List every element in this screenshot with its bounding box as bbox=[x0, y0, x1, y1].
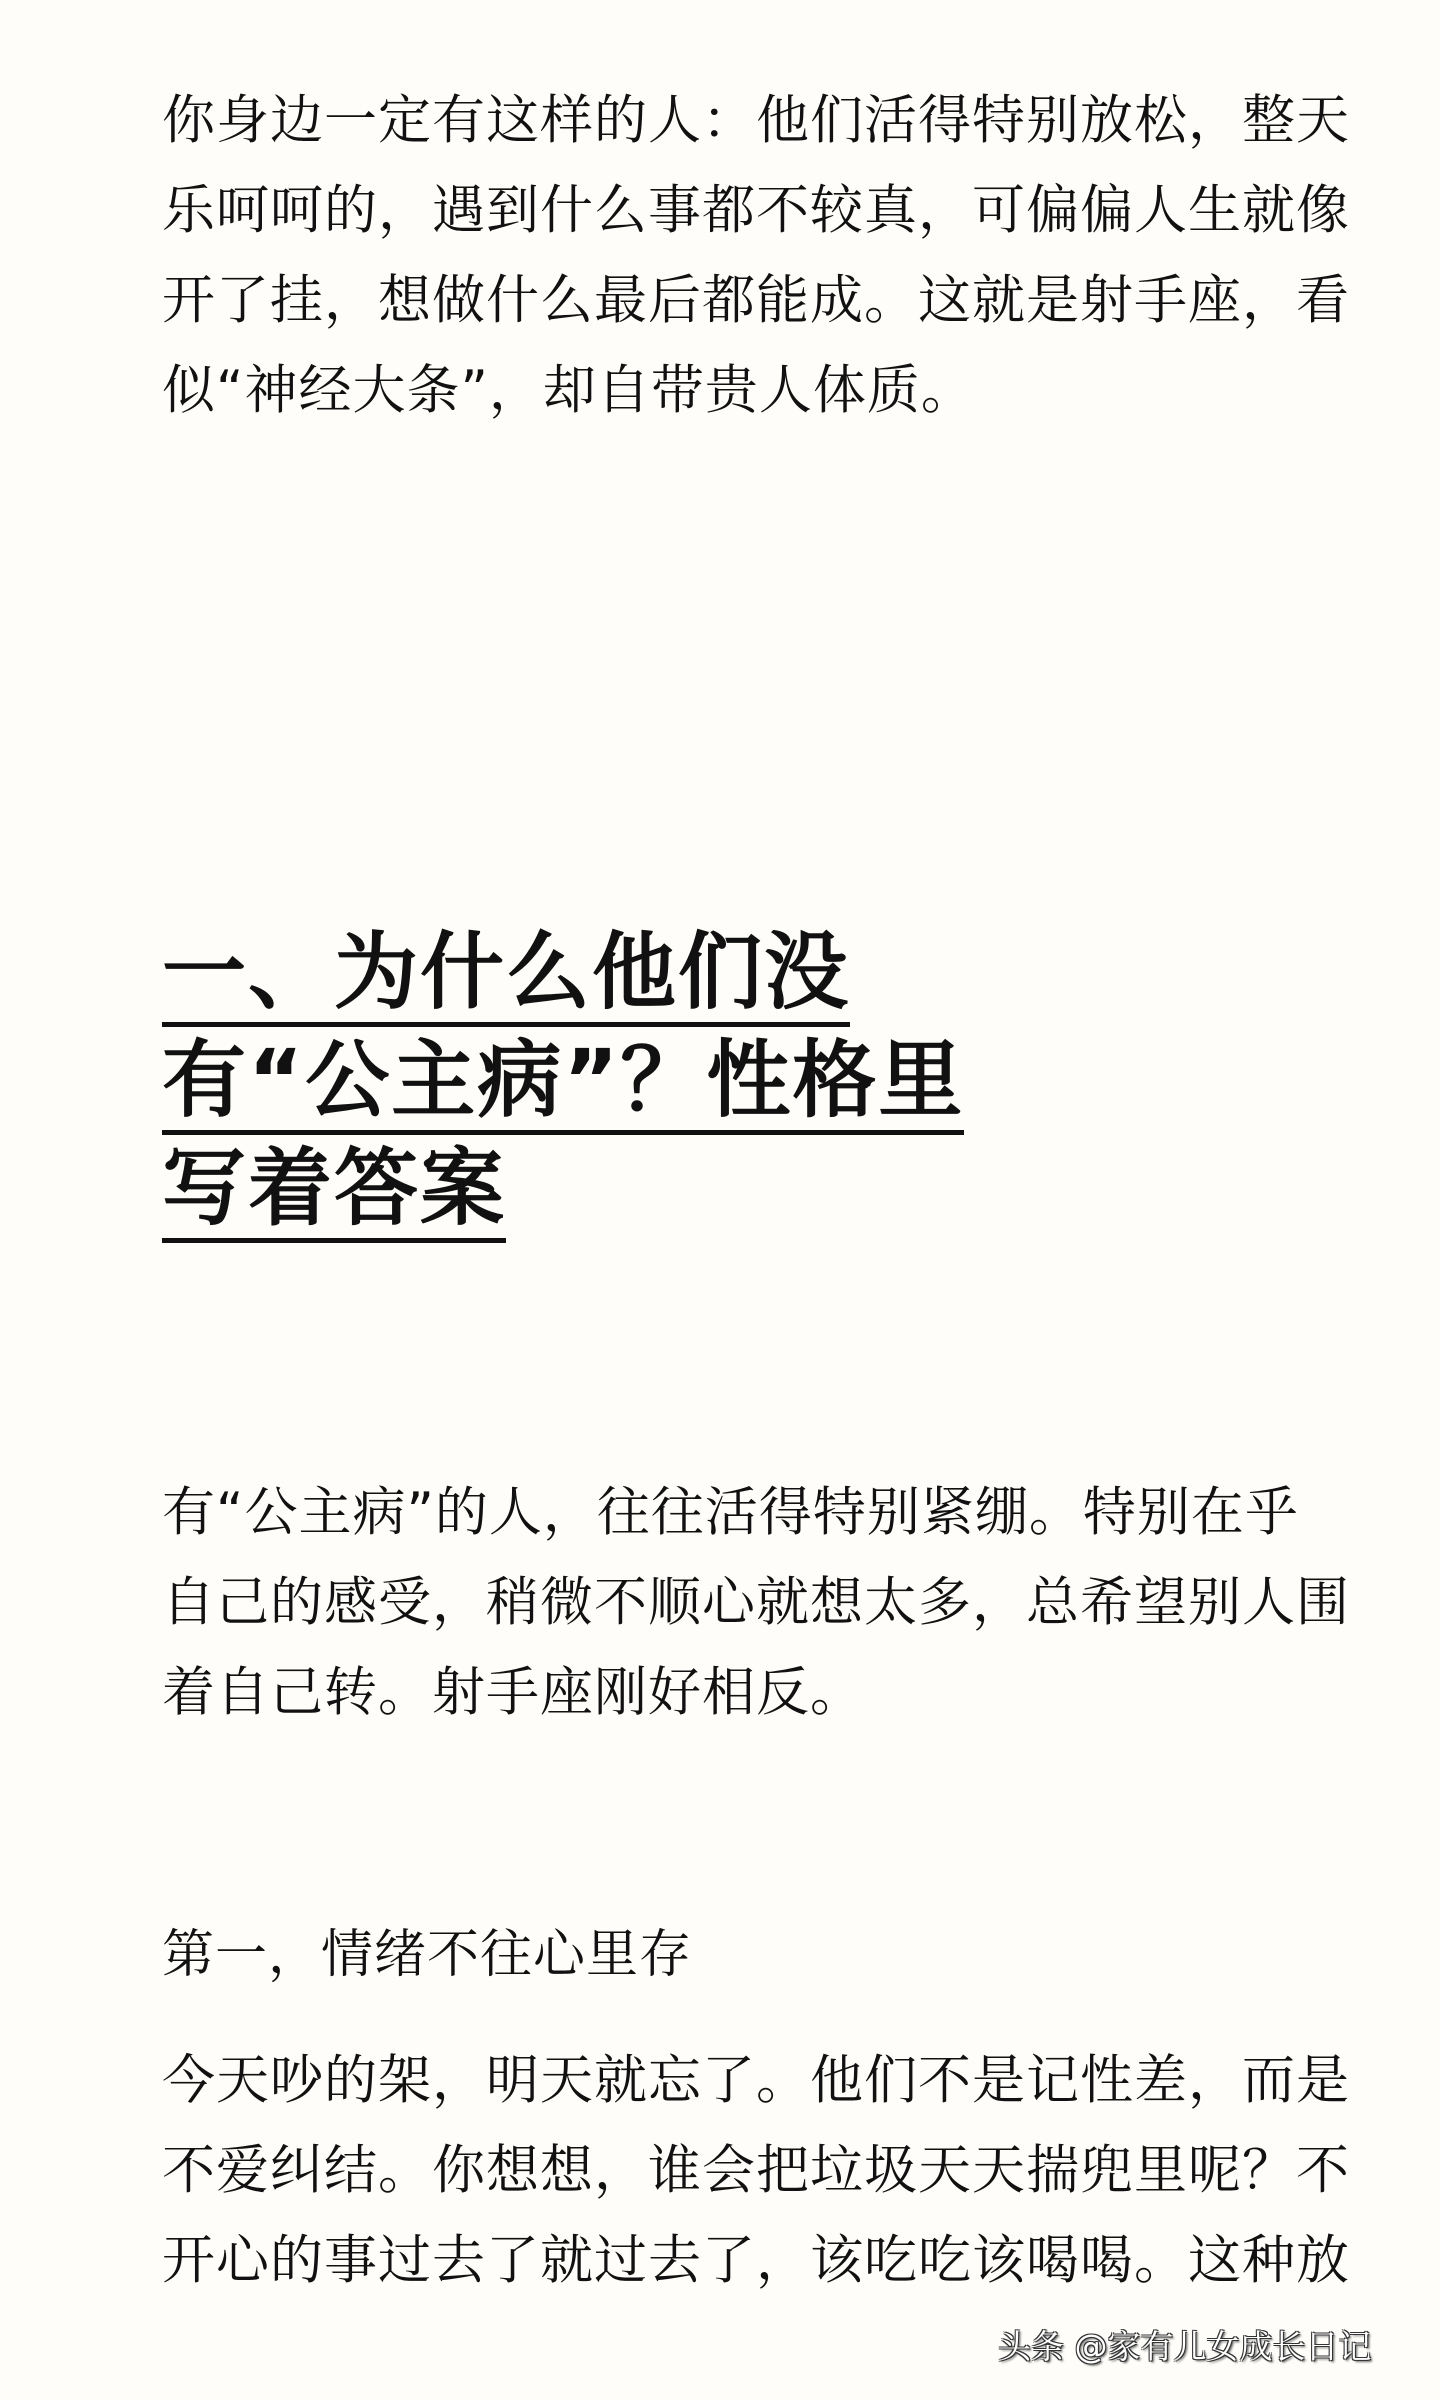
heading-line: 写着答案 bbox=[162, 1138, 506, 1243]
paragraph-line: 不爱纠结。你想想，谁会把垃圾天天揣兜里呢？不 bbox=[162, 2126, 1350, 2216]
intro-line: 开了挂，想做什么最后都能成。这就是射手座，看 bbox=[162, 256, 1350, 346]
subheading-text: 第一，情绪不往心里存 bbox=[162, 1910, 692, 2000]
paragraph-line: 今天吵的架，明天就忘了。他们不是记性差，而是 bbox=[162, 2036, 1350, 2126]
paragraph-line: 自己的感受，稍微不顺心就想太多，总希望别人围 bbox=[162, 1558, 1350, 1648]
intro-line: 你身边一定有这样的人：他们活得特别放松，整天 bbox=[162, 76, 1350, 166]
intro-line: 乐呵呵的，遇到什么事都不较真，可偏偏人生就像 bbox=[162, 166, 1350, 256]
paragraph-line: 有“公主病”的人，往往活得特别紧绷。特别在乎 bbox=[162, 1468, 1350, 1558]
paragraph-line: 着自己转。射手座刚好相反。 bbox=[162, 1648, 1350, 1738]
heading-line: 一、为什么他们没 bbox=[162, 922, 850, 1027]
section-paragraph-2: 今天吵的架，明天就忘了。他们不是记性差，而是 不爱纠结。你想想，谁会把垃圾天天揣… bbox=[162, 2036, 1350, 2306]
intro-line: 似“神经大条”，却自带贵人体质。 bbox=[162, 346, 1350, 436]
paragraph-line: 开心的事过去了就过去了，该吃吃该喝喝。这种放 bbox=[162, 2216, 1350, 2306]
watermark: 头条 @家有儿女成长日记 bbox=[998, 2322, 1372, 2372]
section-heading: 一、为什么他们没 有“公主病”？性格里 写着答案 bbox=[162, 922, 964, 1246]
heading-line: 有“公主病”？性格里 bbox=[162, 1030, 964, 1135]
section-paragraph: 有“公主病”的人，往往活得特别紧绷。特别在乎 自己的感受，稍微不顺心就想太多，总… bbox=[162, 1468, 1350, 1738]
subheading: 第一，情绪不往心里存 bbox=[162, 1910, 692, 2000]
intro-paragraph: 你身边一定有这样的人：他们活得特别放松，整天 乐呵呵的，遇到什么事都不较真，可偏… bbox=[162, 76, 1350, 436]
